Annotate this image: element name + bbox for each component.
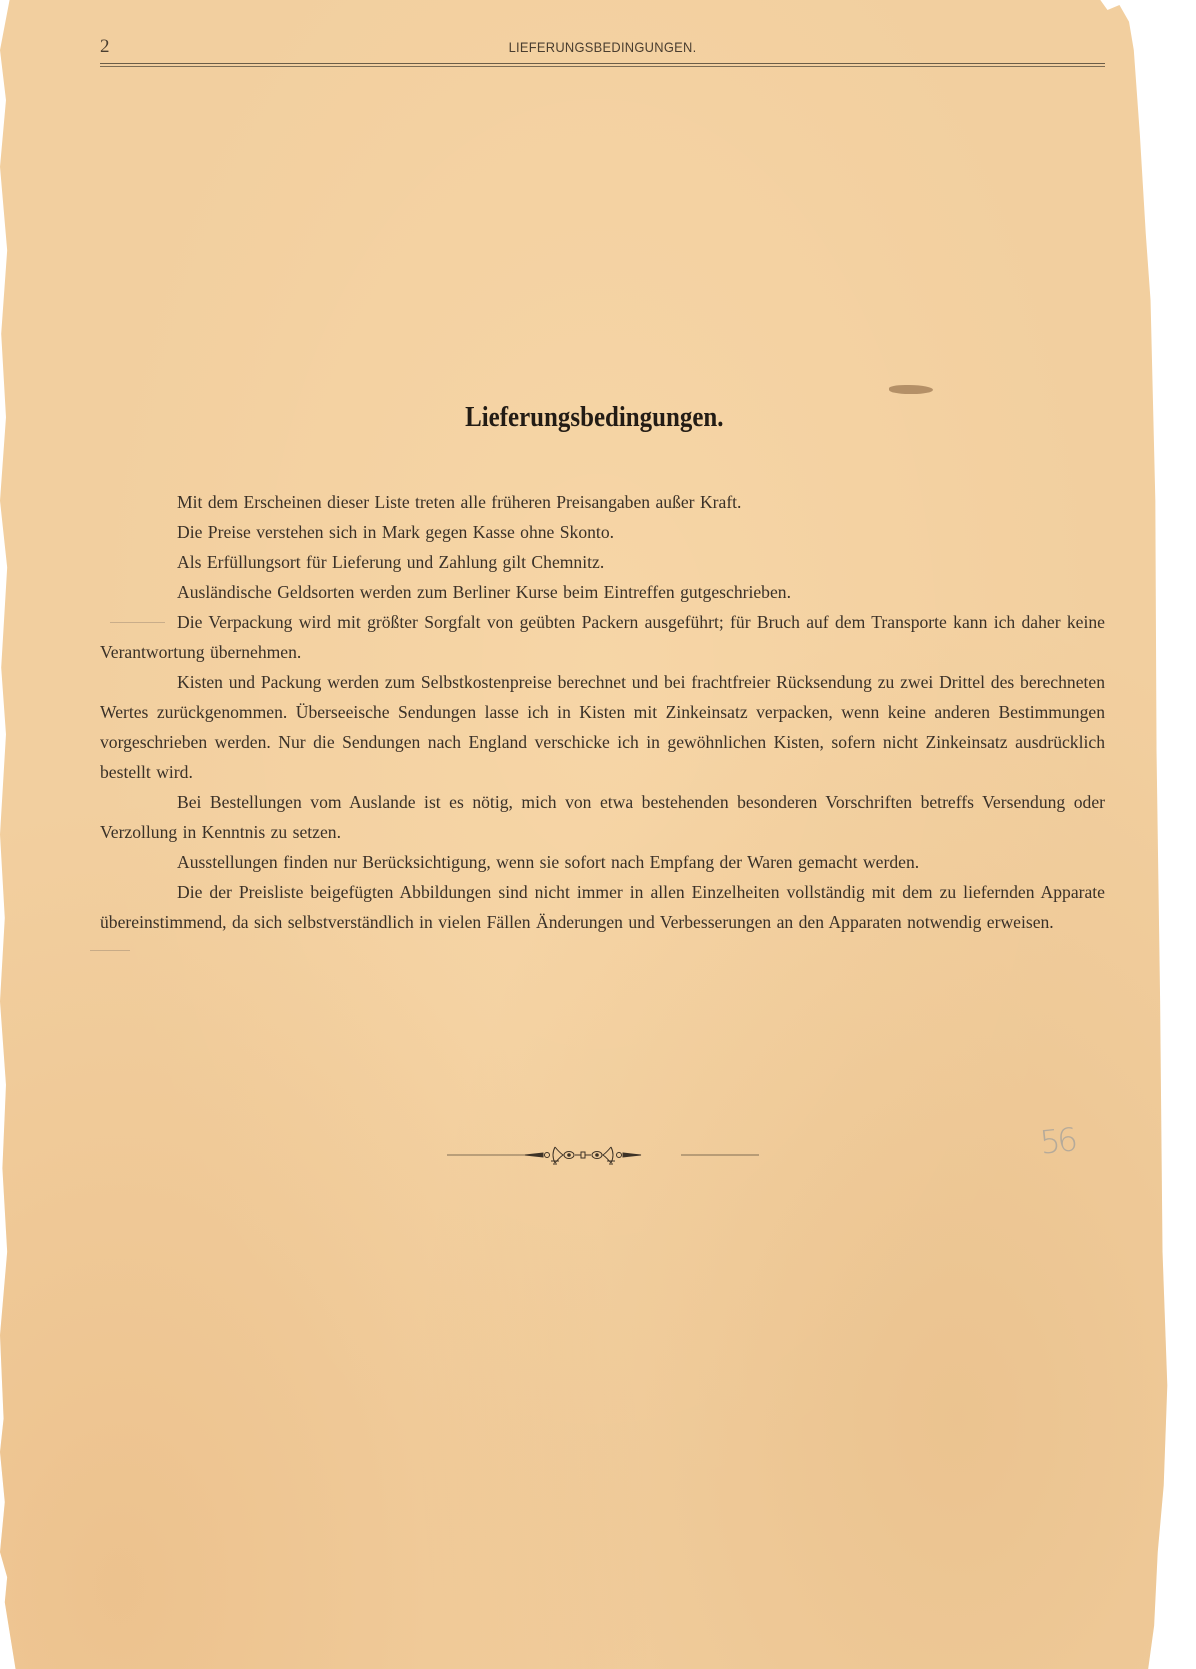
decorative-rule-ornament-icon [447,1144,759,1166]
paragraph: Die Preise verstehen sich in Mark gegen … [100,517,1105,547]
paragraph: Kisten und Packung werden zum Selbstkost… [100,667,1105,787]
terms-body: Mit dem Erscheinen dieser Liste treten a… [100,487,1105,937]
paper-stain [889,385,933,394]
paper-crease [90,950,130,951]
paragraph: Ausstellungen finden nur Berücksichtigun… [100,847,1105,877]
paragraph: Die der Preisliste beigefügten Abbildung… [100,877,1105,937]
paragraph: Bei Bestellungen vom Auslande ist es nöt… [100,787,1105,847]
section-title: Lieferungsbedingungen. [80,401,1109,434]
paragraph: Ausländische Geldsorten werden zum Berli… [100,577,1105,607]
running-head: LIEFERUNGSBEDINGUNGEN. [140,39,1065,55]
paragraph: Als Erfüllungsort für Lieferung und Zahl… [100,547,1105,577]
paragraph: Die Verpackung wird mit größter Sorgfalt… [100,607,1105,667]
page-number: 2 [100,36,110,58]
header-double-rule [100,63,1105,67]
paper-crease [110,622,165,623]
pencil-annotation: 56 [1038,1120,1077,1161]
paragraph: Mit dem Erscheinen dieser Liste treten a… [100,487,1105,517]
